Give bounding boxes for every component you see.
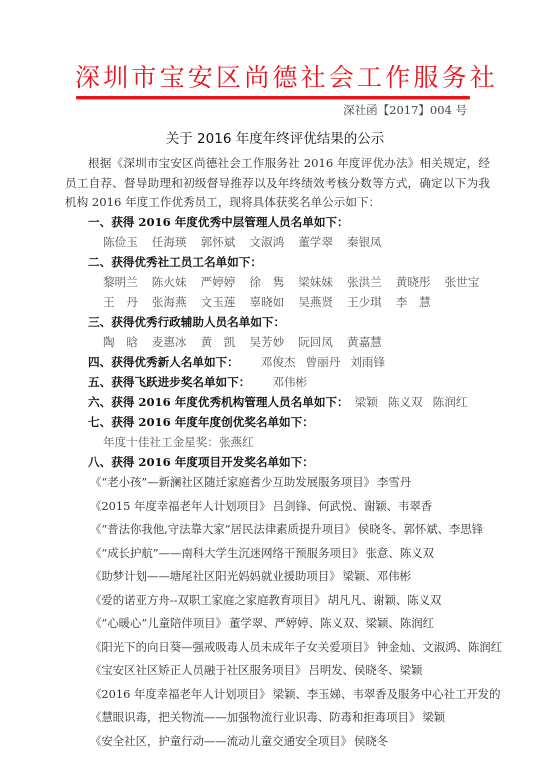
project-name: 《安全社区，护童行动——流动儿童交通安全项目》 — [90, 734, 352, 748]
project-awardees: 侯晓冬 — [354, 734, 388, 748]
project-item: 《爱的诺亚方舟--双职工家庭之家庭教育项目》胡凡凡、谢颖、陈义双 — [90, 592, 441, 608]
project-item: 《安全社区，护童行动——流动儿童交通安全项目》侯晓冬 — [90, 733, 388, 749]
project-awardees: 李雪丹 — [377, 475, 411, 489]
section-1-names: 陈俭玉任海瑛郭怀斌文淑鸿董学翠秦银凤 — [103, 234, 396, 250]
name: 梁妹妹 — [298, 274, 333, 290]
name: 黄 凯 — [201, 334, 236, 350]
project-name: 《宝安区社区矫正人员融于社区服务项目》 — [90, 663, 306, 677]
name: 郭怀斌 — [201, 234, 236, 250]
name: 辜晓如 — [249, 294, 284, 310]
section-2-names-row-1: 黎明兰陈火妹严婷婷徐 隽梁妹妹张洪兰黄晓彤张世宝 — [103, 274, 493, 290]
name: 黄晓彤 — [396, 274, 431, 290]
section-7-award-line: 年度十佳社工金星奖：张燕红 — [103, 434, 254, 450]
project-item: 《2016 年度幸福老年人计划项目》梁颖、李玉娣、韦翠香及服务中心社工开发的 — [90, 686, 501, 702]
name: 黎明兰 — [103, 274, 138, 290]
name: 张世宝 — [445, 274, 480, 290]
name: 陈润红 — [433, 395, 468, 409]
project-name: 《2015 年度幸福老年人计划项目》 — [90, 499, 271, 513]
name: 文玉莲 — [201, 294, 236, 310]
name: 陈俭玉 — [103, 234, 138, 250]
project-awardees: 梁颖 — [422, 710, 445, 724]
project-name: 《“成长护航”——南科大学生沉迷网络干预服务项目》 — [90, 546, 364, 560]
project-item: 《助梦计划——塘尾社区阳光妈妈就业援助项目》梁颖、邓伟彬 — [90, 568, 411, 584]
project-name: 《“老小孩”—新澜社区随迁家庭耆少互助发展服务项目》 — [90, 475, 375, 489]
name: 张洪兰 — [347, 274, 382, 290]
name: 吴燕贤 — [298, 294, 333, 310]
name: 李 慧 — [396, 294, 431, 310]
document-page: 深圳市宝安区尚德社会工作服务社 深社函【2017】004 号 关于 2016 年… — [0, 0, 550, 779]
name: 刘雨锋 — [350, 355, 385, 369]
name: 邓俊杰 — [261, 355, 296, 369]
section-3-heading: 三、获得优秀行政辅助人员名单如下： — [88, 314, 285, 330]
name: 秦银凤 — [347, 234, 382, 250]
name: 严婷婷 — [201, 274, 236, 290]
name: 徐 隽 — [249, 274, 284, 290]
section-8-heading: 八、获得 2016 年度项目开发奖名单如下： — [88, 454, 314, 470]
project-item: 《“成长护航”——南科大学生沉迷网络干预服务项目》张意、陈义双 — [90, 545, 434, 561]
project-item: 《慧眼识毒，把关物流——加强物流行业识毒、防毒和拒毒项目》梁颖 — [90, 709, 445, 725]
project-name: 《“心暖心”儿童陪伴项目》 — [90, 616, 227, 630]
project-item: 《阳光下的向日葵—强戒吸毒人员未成年子女关爱项目》钟金灿、文淑鸿、陈润红 — [90, 639, 502, 655]
project-awardees: 侯晓冬、郭怀斌、李思锋 — [358, 522, 483, 536]
section-3-names: 陶 晗麦惠冰黄 凯吴芳妙阮回凤黄嘉慧 — [103, 334, 396, 350]
name: 麦惠冰 — [152, 334, 187, 350]
name: 董学翠 — [298, 234, 333, 250]
section-4-names: 邓俊杰曾丽丹刘雨锋 — [261, 355, 395, 369]
section-5-heading-text: 五、获得飞跃进步奖名单如下： — [88, 375, 250, 389]
project-awardees: 董学翠、严婷婷、陈义双、梁颖、陈润红 — [229, 616, 434, 630]
project-item: 《“心暖心”儿童陪伴项目》董学翠、严婷婷、陈义双、梁颖、陈润红 — [90, 615, 434, 631]
section-2-names-row-2: 王 丹张海燕文玉莲辜晓如吴燕贤王少琪李 慧 — [103, 294, 445, 310]
name: 王 丹 — [103, 294, 138, 310]
project-name: 《“普法你我他,守法靠大家”居民法律素质提升项目》 — [90, 522, 356, 536]
intro-paragraph: 根据《深圳市宝安区尚德社会工作服务社 2016 年度评优办法》相关规定，经员工自… — [65, 154, 490, 213]
project-awardees: 张意、陈义双 — [366, 546, 434, 560]
name: 陶 晗 — [103, 334, 138, 350]
section-2-heading: 二、获得优秀社工员工名单如下： — [88, 254, 262, 270]
document-number: 深社函【2017】004 号 — [343, 102, 467, 118]
section-6-heading-text: 六、获得 2016 年度优秀机构管理人员名单如下： — [88, 395, 349, 409]
project-item: 《“老小孩”—新澜社区随迁家庭耆少互助发展服务项目》李雪丹 — [90, 474, 411, 490]
name: 曾丽丹 — [306, 355, 341, 369]
project-item: 《宝安区社区矫正人员融于社区服务项目》吕明发、侯晓冬、梁颖 — [90, 662, 422, 678]
project-awardees: 吕剑锋、何武悦、谢颖、韦翠香 — [273, 499, 432, 513]
project-name: 《助梦计划——塘尾社区阳光妈妈就业援助项目》 — [90, 569, 341, 583]
section-4-heading-text: 四、获得优秀新人名单如下： — [88, 355, 239, 369]
name: 梁颖 — [355, 395, 378, 409]
name: 陈义双 — [388, 395, 423, 409]
section-1-heading: 一、获得 2016 年度优秀中层管理人员名单如下： — [88, 214, 349, 230]
project-awardees: 梁颖、邓伟彬 — [343, 569, 411, 583]
project-name: 《爱的诺亚方舟--双职工家庭之家庭教育项目》 — [90, 593, 326, 607]
section-6-names: 梁颖陈义双陈润红 — [355, 395, 478, 409]
name: 文淑鸿 — [249, 234, 284, 250]
section-5-heading: 五、获得飞跃进步奖名单如下：邓伟彬 — [88, 374, 317, 390]
project-awardees: 胡凡凡、谢颖、陈义双 — [328, 593, 442, 607]
project-awardees: 钟金灿、文淑鸿、陈润红 — [377, 640, 502, 654]
section-6-heading: 六、获得 2016 年度优秀机构管理人员名单如下：梁颖陈义双陈润红 — [88, 394, 477, 410]
project-item: 《“普法你我他,守法靠大家”居民法律素质提升项目》侯晓冬、郭怀斌、李思锋 — [90, 521, 483, 537]
section-5-names: 邓伟彬 — [272, 375, 317, 389]
name: 吴芳妙 — [249, 334, 284, 350]
section-4-heading: 四、获得优秀新人名单如下：邓俊杰曾丽丹刘雨锋 — [88, 354, 395, 370]
org-letterhead-title: 深圳市宝安区尚德社会工作服务社 — [75, 62, 470, 94]
notice-title: 关于 2016 年度年终评优结果的公示 — [0, 130, 550, 148]
name: 任海瑛 — [152, 234, 187, 250]
name: 陈火妹 — [152, 274, 187, 290]
name: 黄嘉慧 — [347, 334, 382, 350]
section-7-heading: 七、获得 2016 年度年度创优奖名单如下： — [88, 414, 314, 430]
letterhead-red-rule — [76, 96, 470, 99]
name: 王少琪 — [347, 294, 382, 310]
name: 张海燕 — [152, 294, 187, 310]
project-awardees: 梁颖、李玉娣、韦翠香及服务中心社工开发的 — [273, 687, 501, 701]
project-name: 《阳光下的向日葵—强戒吸毒人员未成年子女关爱项目》 — [90, 640, 375, 654]
name: 邓伟彬 — [272, 375, 307, 389]
project-name: 《2016 年度幸福老年人计划项目》 — [90, 687, 271, 701]
project-name: 《慧眼识毒，把关物流——加强物流行业识毒、防毒和拒毒项目》 — [90, 710, 420, 724]
name: 阮回凤 — [298, 334, 333, 350]
project-awardees: 吕明发、侯晓冬、梁颖 — [308, 663, 422, 677]
project-item: 《2015 年度幸福老年人计划项目》吕剑锋、何武悦、谢颖、韦翠香 — [90, 498, 432, 514]
